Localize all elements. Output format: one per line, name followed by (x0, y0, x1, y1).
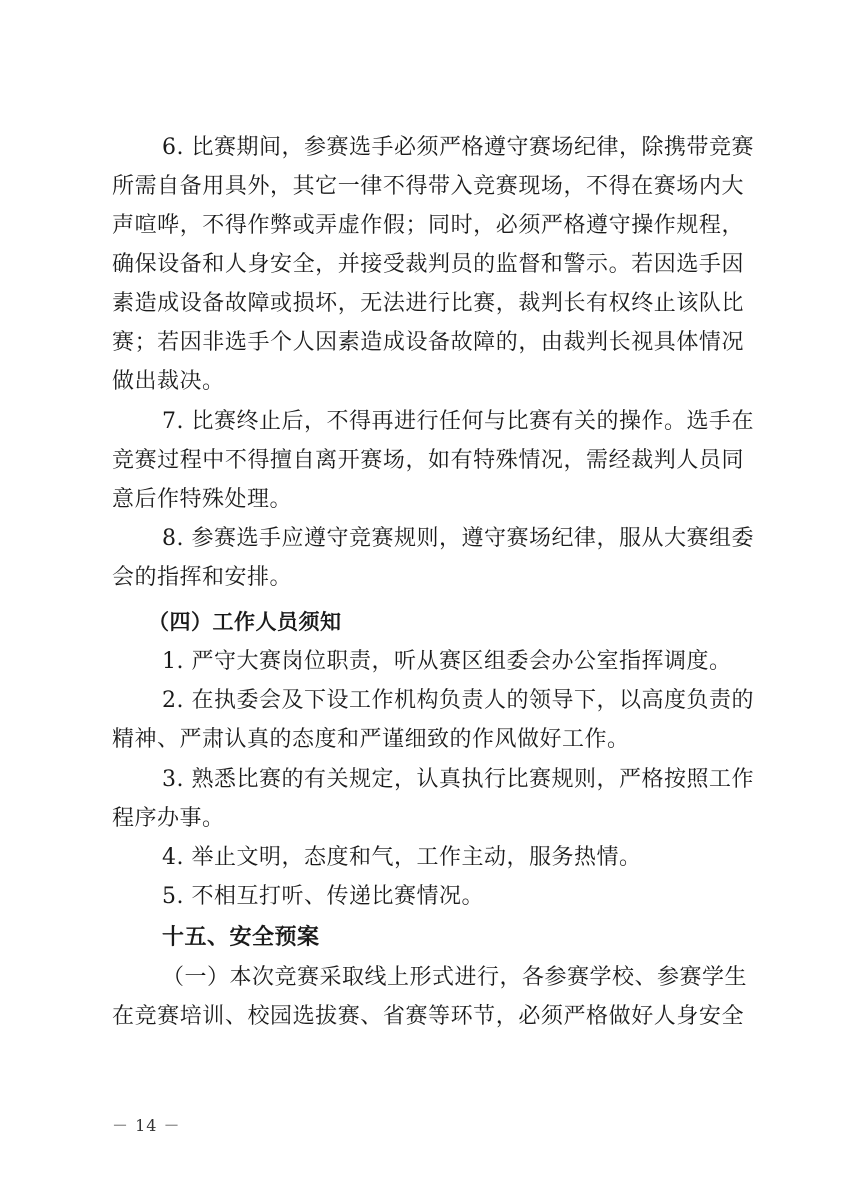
paragraph-staff-3-line-1: 3. 熟悉比赛的有关规定，认真执行比赛规则，严格按照工作 (112, 760, 744, 799)
paragraph-rule-7-line-3: 意后作特殊处理。 (112, 480, 744, 519)
paragraph-staff-4: 4. 举止文明，态度和气，工作主动，服务热情。 (112, 838, 744, 877)
paragraph-rule-8-line-1: 8. 参赛选手应遵守竞赛规则，遵守赛场纪律，服从大赛组委 (112, 519, 744, 558)
paragraph-rule-6-line-6: 赛；若因非选手个人因素造成设备故障的，由裁判长视具体情况 (112, 323, 744, 362)
paragraph-safety-1-line-1: （一）本次竞赛采取线上形式进行，各参赛学校、参赛学生 (112, 958, 744, 997)
paragraph-staff-2-line-2: 精神、严肃认真的态度和严谨细致的作风做好工作。 (112, 720, 744, 759)
paragraph-rule-7-line-2: 竞赛过程中不得擅自离开赛场，如有特殊情况，需经裁判人员同 (112, 441, 744, 480)
paragraph-rule-6-line-1: 6. 比赛期间，参赛选手必须严格遵守赛场纪律，除携带竞赛 (112, 128, 744, 167)
paragraph-staff-1: 1. 严守大赛岗位职责，听从赛区组委会办公室指挥调度。 (112, 642, 744, 681)
paragraph-safety-1-line-2: 在竞赛培训、校园选拔赛、省赛等环节，必须严格做好人身安全 (112, 997, 744, 1036)
paragraph-staff-5: 5. 不相互打听、传递比赛情况。 (112, 877, 744, 916)
paragraph-rule-6-line-3: 声喧哗，不得作弊或弄虚作假；同时，必须严格遵守操作规程， (112, 206, 744, 245)
section-heading-staff-notice: （四）工作人员须知 (112, 603, 744, 642)
paragraph-staff-2-line-1: 2. 在执委会及下设工作机构负责人的领导下，以高度负责的 (112, 681, 744, 720)
paragraph-rule-6-line-5: 素造成设备故障或损坏，无法进行比赛，裁判长有权终止该队比 (112, 284, 744, 323)
paragraph-staff-3-line-2: 程序办事。 (112, 799, 744, 838)
page-number: － 14 － (112, 1114, 181, 1138)
paragraph-rule-6-line-2: 所需自备用具外，其它一律不得带入竞赛现场，不得在赛场内大 (112, 167, 744, 206)
section-heading-safety-plan: 十五、安全预案 (112, 918, 744, 957)
paragraph-rule-6-line-7: 做出裁决。 (112, 362, 744, 401)
paragraph-rule-8-line-2: 会的指挥和安排。 (112, 558, 744, 597)
paragraph-rule-6-line-4: 确保设备和人身安全，并接受裁判员的监督和警示。若因选手因 (112, 245, 744, 284)
paragraph-rule-7-line-1: 7. 比赛终止后，不得再进行任何与比赛有关的操作。选手在 (112, 402, 744, 441)
